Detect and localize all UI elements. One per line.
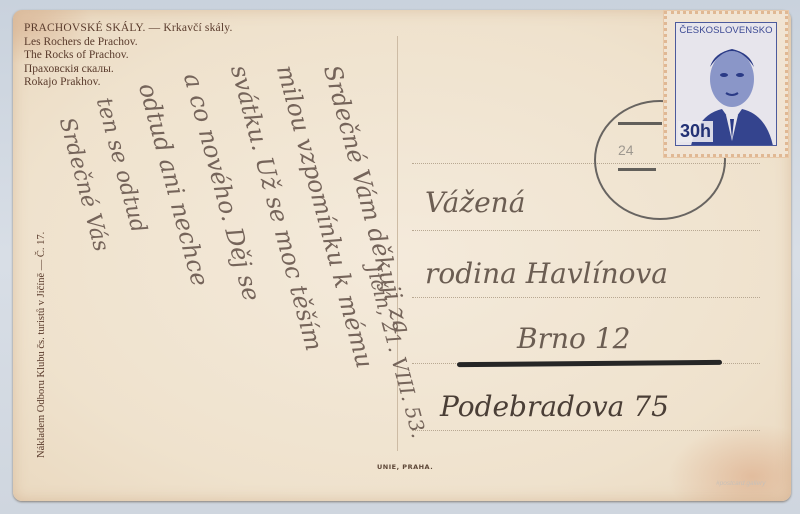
caption-title-sub: — Krkavčí skály. — [149, 22, 233, 34]
stamp-value: 30h — [678, 121, 713, 142]
caption-english: The Rocks of Prachov. — [24, 49, 233, 63]
postmark-bar — [618, 122, 662, 125]
postmark-bar — [618, 168, 656, 171]
stamp-frame: ČESKOSLOVENSKO 30h — [675, 22, 777, 146]
address-salutation: Vážená — [425, 186, 525, 219]
address-rule — [412, 230, 760, 231]
address-recipient: rodina Havlínova — [425, 257, 668, 290]
address-rule — [412, 430, 760, 431]
caption-title: PRACHOVSKÉ SKÁLY. — Krkavčí skály. — [24, 22, 233, 36]
publisher-imprint: Nákladem Odboru Klubu čs. turistů v Jičí… — [36, 232, 47, 458]
caption-french: Les Rochers de Prachov. — [24, 36, 233, 50]
caption-title-main: PRACHOVSKÉ SKÁLY. — [24, 22, 146, 34]
watermark: #postcard.gallery — [716, 480, 766, 487]
address-rule — [412, 297, 760, 298]
address-street: Podebradova 75 — [440, 390, 669, 423]
postage-stamp: ČESKOSLOVENSKO 30h — [664, 11, 788, 157]
address-city: Brno 12 — [517, 322, 630, 355]
postmark-date: 24 — [618, 142, 634, 158]
printer-imprint: UNIE, PRAHA. — [377, 463, 433, 471]
